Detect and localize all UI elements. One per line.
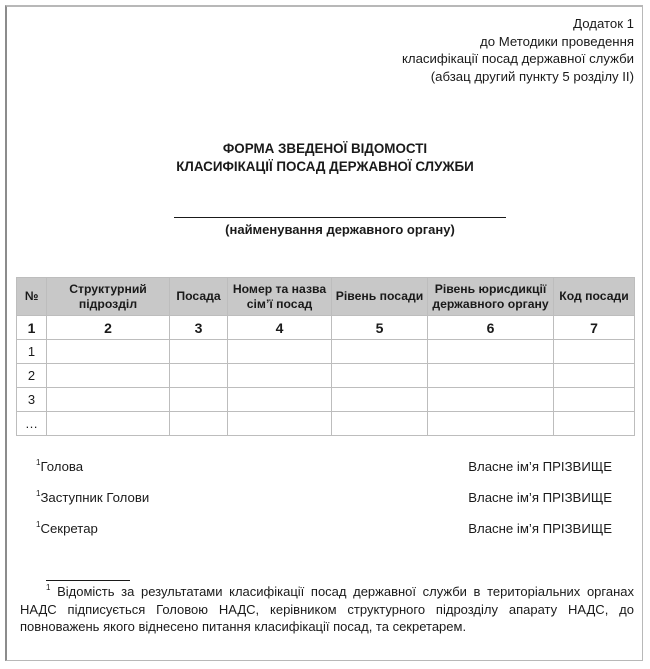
- table-cell: [554, 364, 635, 388]
- column-number: 6: [428, 316, 554, 340]
- role-label: Голова: [40, 459, 83, 474]
- signatory-role: 1Голова: [36, 459, 83, 490]
- table-cell: [228, 364, 332, 388]
- column-number-row: 1 2 3 4 5 6 7: [17, 316, 635, 340]
- signature-row-secretary: 1Секретар Власне ім’я ПРІЗВИЩЕ: [36, 521, 612, 552]
- row-number: 2: [17, 364, 47, 388]
- table-cell: [332, 412, 428, 436]
- table-cell: [332, 364, 428, 388]
- document-title: ФОРМА ЗВЕДЕНОЇ ВІДОМОСТІ КЛАСИФІКАЦІЇ ПО…: [0, 140, 650, 176]
- table-cell: [228, 412, 332, 436]
- signatory-role: 1Секретар: [36, 521, 98, 552]
- column-number: 1: [17, 316, 47, 340]
- table-cell: [170, 364, 228, 388]
- table-cell: [170, 388, 228, 412]
- header-number: №: [17, 278, 47, 316]
- table-cell: [428, 388, 554, 412]
- signatory-role: 1Заступник Голови: [36, 490, 149, 521]
- row-number: 3: [17, 388, 47, 412]
- org-name-caption: (найменування державного органу): [174, 222, 506, 237]
- appendix-line: (абзац другий пункту 5 розділу ІІ): [402, 68, 634, 86]
- table-cell: [170, 340, 228, 364]
- column-number: 7: [554, 316, 635, 340]
- table-cell: [228, 388, 332, 412]
- signatory-name: Власне ім’я ПРІЗВИЩЕ: [468, 490, 612, 521]
- header-position: Посада: [170, 278, 228, 316]
- table-cell: [554, 388, 635, 412]
- footnote-separator: [46, 580, 130, 581]
- row-number: 1: [17, 340, 47, 364]
- appendix-line: Додаток 1: [402, 15, 634, 33]
- header-position-family: Номер та назва сім’ї посад: [228, 278, 332, 316]
- column-number: 5: [332, 316, 428, 340]
- column-number: 4: [228, 316, 332, 340]
- column-number: 3: [170, 316, 228, 340]
- summary-table: № Структурний підрозділ Посада Номер та …: [16, 277, 635, 436]
- table-cell: [332, 340, 428, 364]
- table-header-row: № Структурний підрозділ Посада Номер та …: [17, 278, 635, 316]
- signatory-name: Власне ім’я ПРІЗВИЩЕ: [468, 459, 612, 490]
- table-cell: [428, 412, 554, 436]
- table-cell: [554, 340, 635, 364]
- role-label: Заступник Голови: [40, 490, 149, 505]
- title-line-1: ФОРМА ЗВЕДЕНОЇ ВІДОМОСТІ: [0, 140, 650, 158]
- table-cell: [47, 388, 170, 412]
- signatory-name: Власне ім’я ПРІЗВИЩЕ: [468, 521, 612, 552]
- title-line-2: КЛАСИФІКАЦІЇ ПОСАД ДЕРЖАВНОЇ СЛУЖБИ: [0, 158, 650, 176]
- table-cell: [47, 340, 170, 364]
- appendix-line: класифікації посад державної служби: [402, 50, 634, 68]
- appendix-reference: Додаток 1 до Методики проведення класифі…: [402, 15, 634, 85]
- appendix-line: до Методики проведення: [402, 33, 634, 51]
- table-row: 3: [17, 388, 635, 412]
- org-name-blank-line: [174, 217, 506, 218]
- table-cell: [47, 412, 170, 436]
- table-row: 1: [17, 340, 635, 364]
- signature-row-head: 1Голова Власне ім’я ПРІЗВИЩЕ: [36, 459, 612, 490]
- signature-block: 1Голова Власне ім’я ПРІЗВИЩЕ 1Заступник …: [36, 459, 612, 552]
- table-cell: [428, 340, 554, 364]
- table-cell: [47, 364, 170, 388]
- table-cell: [228, 340, 332, 364]
- row-number: …: [17, 412, 47, 436]
- table-cell: [428, 364, 554, 388]
- header-position-code: Код посади: [554, 278, 635, 316]
- table-row: …: [17, 412, 635, 436]
- table-cell: [332, 388, 428, 412]
- table-cell: [170, 412, 228, 436]
- footnote: 1 Відомість за результатами класифікації…: [20, 583, 634, 636]
- header-position-level: Рівень посади: [332, 278, 428, 316]
- table-row: 2: [17, 364, 635, 388]
- role-label: Секретар: [40, 521, 97, 536]
- footnote-text: Відомість за результатами класифікації п…: [20, 584, 634, 634]
- header-structural-unit: Структурний підрозділ: [47, 278, 170, 316]
- table-cell: [554, 412, 635, 436]
- footnote-marker: 1: [46, 583, 50, 592]
- column-number: 2: [47, 316, 170, 340]
- header-jurisdiction-level: Рівень юрисдикції державного органу: [428, 278, 554, 316]
- signature-row-deputy-head: 1Заступник Голови Власне ім’я ПРІЗВИЩЕ: [36, 490, 612, 521]
